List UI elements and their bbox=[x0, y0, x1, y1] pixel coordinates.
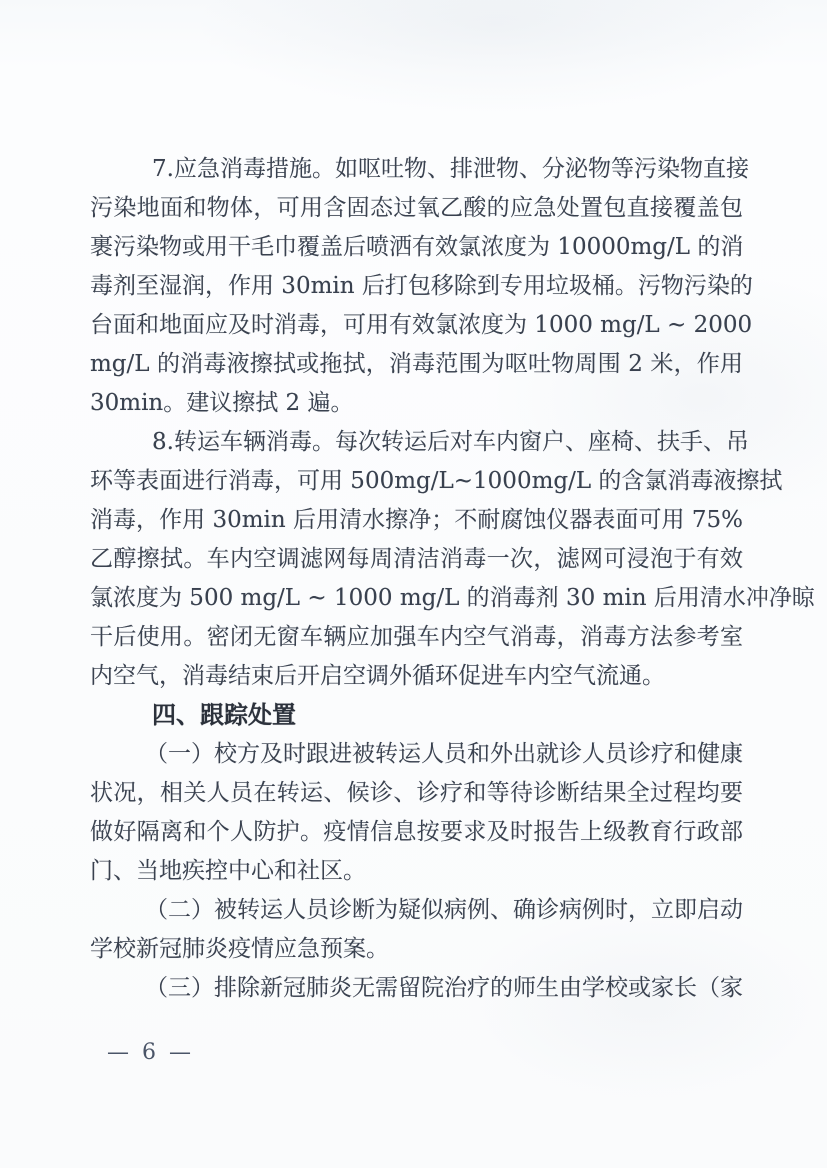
text-line: 做好隔离和个人防护。疫情信息按要求及时报告上级教育行政部 bbox=[90, 813, 743, 852]
text-line: mg/L 的消毒液擦拭或拖拭，消毒范围为呕吐物周围 2 米，作用 bbox=[90, 345, 743, 384]
text-line: 消毒，作用 30min 后用清水擦净；不耐腐蚀仪器表面可用 75% bbox=[90, 501, 743, 540]
document-page: 7.应急消毒措施。如呕吐物、排泄物、分泌物等污染物直接 污染地面和物体，可用含固… bbox=[0, 0, 827, 1168]
text-line: 门、当地疾控中心和社区。 bbox=[90, 852, 743, 891]
text-line: 台面和地面应及时消毒，可用有效氯浓度为 1000 mg/L ~ 2000 bbox=[90, 306, 743, 345]
text-line: 30min。建议擦拭 2 遍。 bbox=[90, 384, 743, 423]
text-line: 环等表面进行消毒，可用 500mg/L~1000mg/L 的含氯消毒液擦拭 bbox=[90, 462, 743, 501]
text-line: （二）被转运人员诊断为疑似病例、确诊病例时，立即启动 bbox=[90, 891, 743, 930]
text-line: （一）校方及时跟进被转运人员和外出就诊人员诊疗和健康 bbox=[90, 735, 743, 774]
text-line: 污染地面和物体，可用含固态过氧乙酸的应急处置包直接覆盖包 bbox=[90, 189, 743, 228]
text-line: 干后使用。密闭无窗车辆应加强车内空气消毒，消毒方法参考室 bbox=[90, 618, 743, 657]
text-line: 状况，相关人员在转运、候诊、诊疗和等待诊断结果全过程均要 bbox=[90, 774, 743, 813]
document-body: 7.应急消毒措施。如呕吐物、排泄物、分泌物等污染物直接 污染地面和物体，可用含固… bbox=[90, 150, 743, 1008]
text-line: 裹污染物或用干毛巾覆盖后喷洒有效氯浓度为 10000mg/L 的消 bbox=[90, 228, 743, 267]
text-line: 内空气，消毒结束后开启空调外循环促进车内空气流通。 bbox=[90, 657, 743, 696]
text-line: （三）排除新冠肺炎无需留院治疗的师生由学校或家长（家 bbox=[90, 969, 743, 1008]
text-line: 学校新冠肺炎疫情应急预案。 bbox=[90, 930, 743, 969]
text-line: 8.转运车辆消毒。每次转运后对车内窗户、座椅、扶手、吊 bbox=[90, 423, 743, 462]
text-line: 氯浓度为 500 mg/L ~ 1000 mg/L 的消毒剂 30 min 后用… bbox=[90, 579, 743, 618]
text-line: 7.应急消毒措施。如呕吐物、排泄物、分泌物等污染物直接 bbox=[90, 150, 743, 189]
page-number: — 6 — bbox=[107, 1040, 194, 1066]
text-line: 毒剂至湿润，作用 30min 后打包移除到专用垃圾桶。污物污染的 bbox=[90, 267, 743, 306]
text-line: 乙醇擦拭。车内空调滤网每周清洁消毒一次，滤网可浸泡于有效 bbox=[90, 540, 743, 579]
section-heading-tracking-disposal: 四、跟踪处置 bbox=[90, 696, 743, 735]
